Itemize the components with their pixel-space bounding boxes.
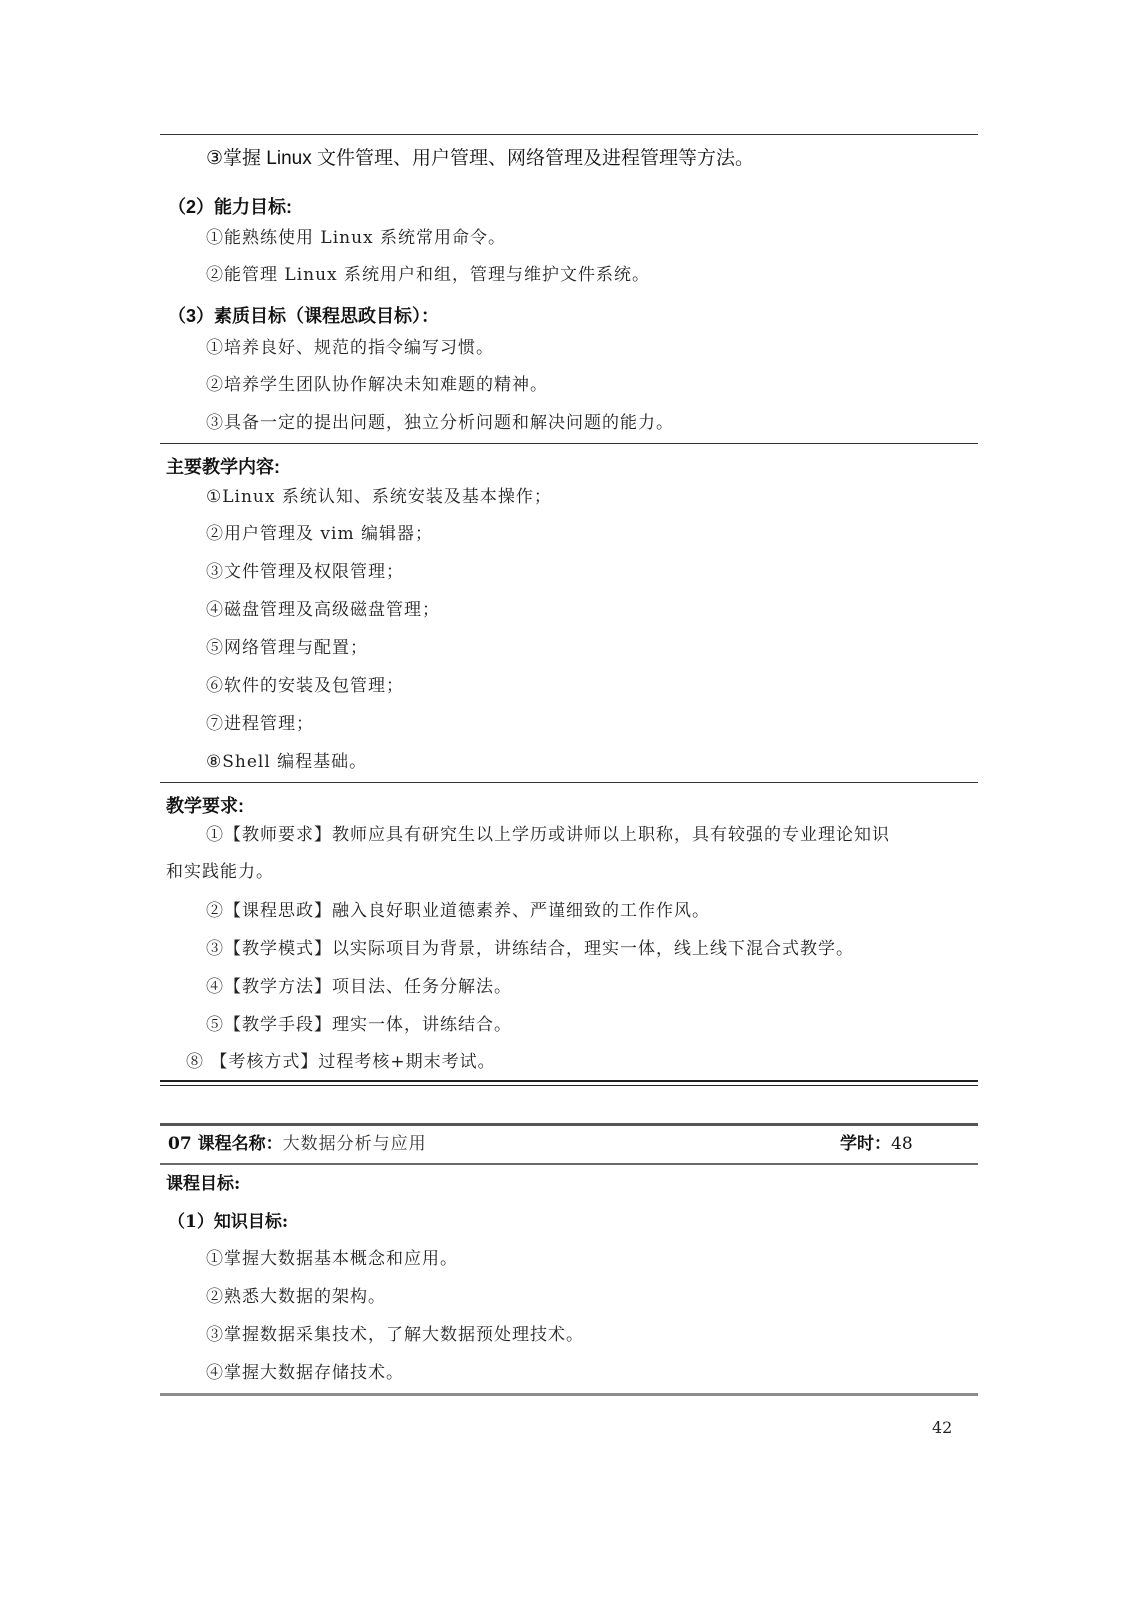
course-goals-heading: 课程目标:: [166, 1169, 240, 1194]
requirement-item-1-cont: 和实践能力。: [166, 857, 274, 882]
quality-goal-item-2: ②培养学生团队协作解决未知难题的精神。: [206, 370, 548, 395]
content-item-5: ⑤网络管理与配置；: [206, 633, 368, 658]
requirement-item-5: ⑤【教学手段】理实一体，讲练结合。: [206, 1010, 512, 1035]
requirements-heading: 教学要求:: [166, 792, 244, 818]
table-end-rule: [160, 1080, 978, 1082]
table-rule-top: [160, 134, 978, 135]
content-item-7: ⑦进程管理；: [206, 709, 314, 734]
content-item-4: ④磁盘管理及高级磁盘管理；: [206, 595, 440, 620]
requirement-item-2: ②【课程思政】融入良好职业道德素养、严谨细致的工作作风。: [206, 896, 710, 921]
course07-title-rule: [160, 1163, 978, 1165]
knowledge-goal-item-1: ①掌握大数据基本概念和应用。: [206, 1244, 458, 1269]
knowledge-goal-item-2: ②熟悉大数据的架构。: [206, 1282, 386, 1307]
requirement-item-1: ①【教师要求】教师应具有研究生以上学历或讲师以上职称，具有较强的专业理论知识: [206, 820, 890, 845]
content-item-2: ②用户管理及 vim 编辑器；: [206, 519, 433, 544]
page-number: 42: [932, 1418, 952, 1437]
ability-goal-item-2: ②能管理 Linux 系统用户和组，管理与维护文件系统。: [206, 260, 650, 285]
quality-goal-item-1: ①培养良好、规范的指令编写习惯。: [206, 333, 494, 358]
content-heading: 主要教学内容:: [166, 453, 280, 479]
table-rule-content: [160, 443, 978, 444]
content-item-6: ⑥软件的安装及包管理；: [206, 671, 404, 696]
requirement-item-assessment: ⑧ 【考核方式】过程考核+期末考试。: [186, 1047, 496, 1072]
knowledge-goals-heading: （1）知识目标:: [168, 1207, 288, 1232]
content-item-3: ③文件管理及权限管理；: [206, 557, 404, 582]
hours-label: 学时：: [840, 1134, 891, 1154]
quality-goal-item-3: ③具备一定的提出问题，独立分析问题和解决问题的能力。: [206, 408, 674, 433]
content-item-8: ⑧Shell 编程基础。: [206, 747, 367, 772]
requirement-item-4: ④【教学方法】项目法、任务分解法。: [206, 972, 512, 997]
knowledge-goal-item-3: ③掌握 Linux 文件管理、用户管理、网络管理及进程管理等方法。: [206, 143, 754, 170]
course07-top-rule: [160, 1123, 978, 1126]
hours-value: 48: [891, 1134, 913, 1154]
requirement-item-3: ③【教学模式】以实际项目为背景，讲练结合，理实一体，线上线下混合式教学。: [206, 934, 854, 959]
ability-goals-heading: （2）能力目标:: [168, 193, 292, 219]
course07-title-row: 07 课程名称：大数据分析与应用: [168, 1129, 427, 1154]
course07-hours: 学时：48: [840, 1129, 913, 1154]
course07-bottom-rule: [160, 1393, 978, 1396]
course-name-value: 大数据分析与应用: [283, 1134, 427, 1154]
knowledge-goal-item-3: ③掌握数据采集技术，了解大数据预处理技术。: [206, 1320, 584, 1345]
table-rule-requirements: [160, 782, 978, 783]
table-end-rule-inner: [160, 1085, 978, 1086]
ability-goal-item-1: ①能熟练使用 Linux 系统常用命令。: [206, 223, 506, 248]
quality-goals-heading: （3）素质目标（课程思政目标）：: [168, 302, 439, 328]
knowledge-goal-item-4: ④掌握大数据存储技术。: [206, 1358, 404, 1383]
content-item-1: ①Linux 系统认知、系统安装及基本操作；: [206, 482, 552, 507]
course-name-label: 07 课程名称：: [168, 1134, 283, 1154]
